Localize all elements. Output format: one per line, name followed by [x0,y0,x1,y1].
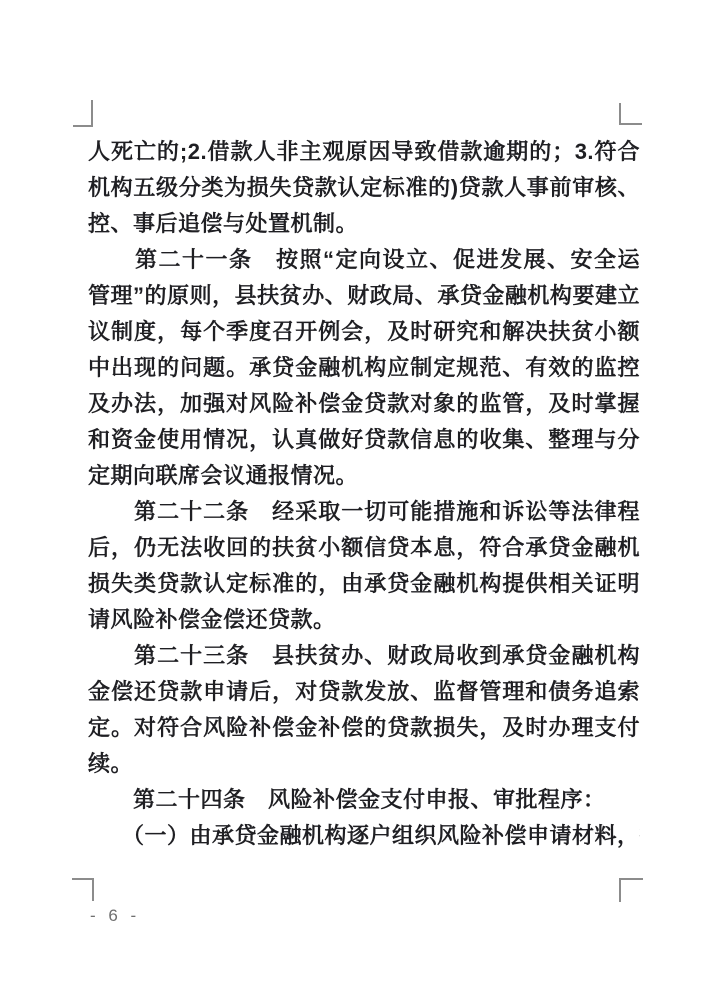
text-line: 第二十二条 经采取一切可能措施和诉讼等法律程序追偿 [88,494,640,530]
crop-mark-bottom-right-icon [619,878,643,902]
text-line: 人死亡的;2.借款人非主观原因导致借款逾期的；3.符合金融承贷 [88,134,640,170]
crop-mark-top-left-icon [73,100,93,127]
text-line: 损失类贷款认定标准的，由承贷金融机构提供相关证明材料，申 [88,566,640,602]
text-line: 管理”的原则，县扶贫办、财政局、承贷金融机构要建立联席会 [88,278,640,314]
crop-mark-bottom-left-icon [72,878,94,901]
text-line: 议制度，每个季度召开例会，及时研究和解决扶贫小额信贷工作 [88,314,640,350]
text-line: 控、事后追偿与处置机制。 [88,206,640,242]
text-line: 和资金使用情况，认真做好贷款信息的收集、整理与分析工作， [88,422,640,458]
document-body: 人死亡的;2.借款人非主观原因导致借款逾期的；3.符合金融承贷机构五级分类为损失… [88,134,640,854]
text-line: 机构五级分类为损失贷款认定标准的)贷款人事前审核、事中监 [88,170,640,206]
text-line: 请风险补偿金偿还贷款。 [88,602,640,638]
scanned-document-page: 人死亡的;2.借款人非主观原因导致借款逾期的；3.符合金融承贷机构五级分类为损失… [0,0,707,1000]
text-line: 第二十四条 风险补偿金支付申报、审批程序： [88,782,640,818]
text-line: （一）由承贷金融机构逐户组织风险补偿申请材料，提交贷 [88,818,640,854]
text-line: 第二十三条 县扶贫办、财政局收到承贷金融机构风险补偿 [88,638,640,674]
text-line: 金偿还贷款申请后，对贷款发放、监督管理和债务追索等进行认 [88,674,640,710]
text-line: 后，仍无法收回的扶贫小额信贷本息，符合承贷金融机构分类为 [88,530,640,566]
text-line: 中出现的问题。承贷金融机构应制定规范、有效的监控管理措施 [88,350,640,386]
crop-mark-top-right-icon [619,103,642,125]
text-line: 续。 [88,746,640,782]
text-line: 定。对符合风险补偿金补偿的贷款损失，及时办理支付审批手 [88,710,640,746]
page-number: - 6 - [90,906,140,926]
text-line: 第二十一条 按照“定向设立、促进发展、安全运行、规范 [88,242,640,278]
text-line: 及办法，加强对风险补偿金贷款对象的监管，及时掌握经营状况 [88,386,640,422]
text-line: 定期向联席会议通报情况。 [88,458,640,494]
